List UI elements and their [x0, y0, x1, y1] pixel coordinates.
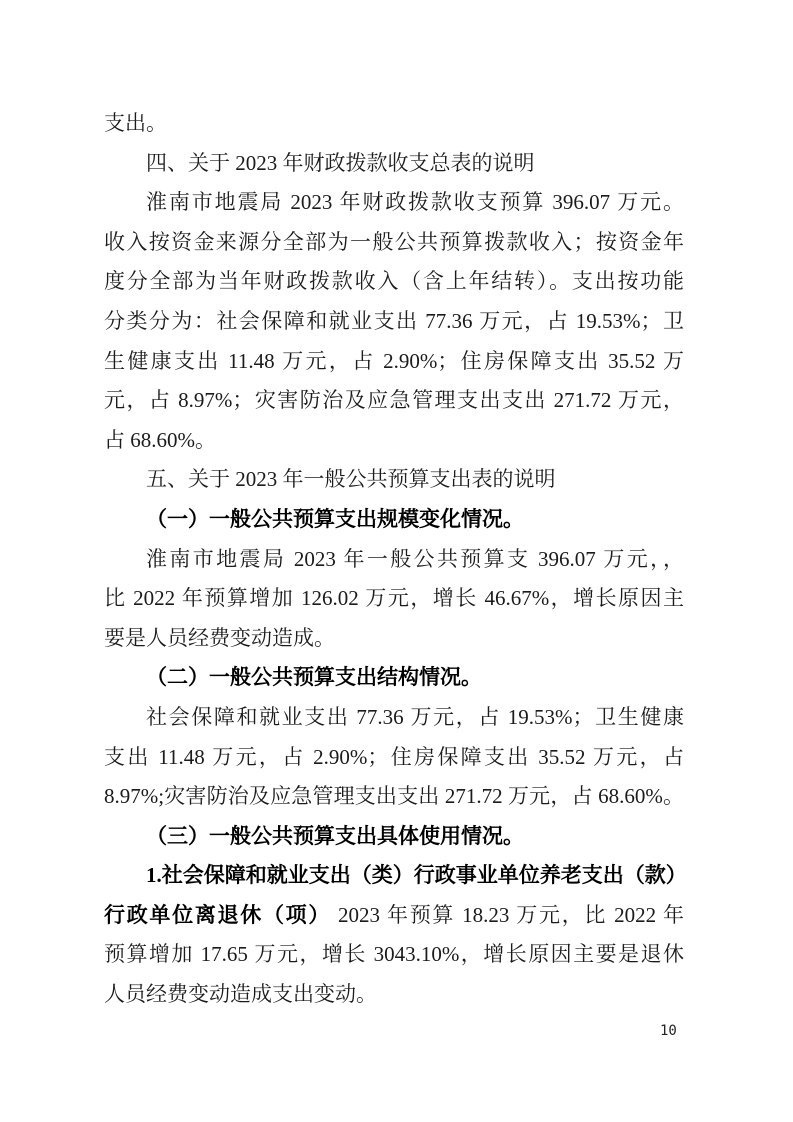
item-1-line-text: 2023 年预算 18.23 万元，比 2022 年 [338, 903, 684, 927]
body-line: 人员经费变动造成支出变动。 [104, 975, 684, 1015]
body-line: 度分全部为当年财政拨款收入（含上年结转）。支出按功能 [104, 262, 684, 302]
body-line: 比 2022 年预算增加 126.02 万元，增长 46.67%，增长原因主 [104, 579, 684, 619]
body-line: 预算增加 17.65 万元，增长 3043.10%，增长原因主要是退休 [104, 935, 684, 975]
page-number: 10 [660, 1022, 677, 1040]
heading-section-five: 五、关于 2023 年一般公共预算支出表的说明 [104, 460, 684, 500]
subheading-three: （三）一般公共预算支出具体使用情况。 [104, 817, 684, 857]
body-line: 占 68.60%。 [104, 421, 684, 461]
body-line: 生健康支出 11.48 万元，占 2.90%；住房保障支出 35.52 万 [104, 342, 684, 382]
body-line: 淮南市地震局 2023 年财政拨款收支预算 396.07 万元。 [104, 183, 684, 223]
item-1-heading-line: 1.社会保障和就业支出（类）行政事业单位养老支出（款） [104, 856, 684, 896]
subheading-one: （一）一般公共预算支出规模变化情况。 [104, 500, 684, 540]
body-line: 支出 11.48 万元，占 2.90%；住房保障支出 35.52 万元，占 [104, 738, 684, 778]
body-line: 要是人员经费变动造成。 [104, 619, 684, 659]
body-line: 8.97%;灾害防治及应急管理支出支出 271.72 万元，占 68.60%。 [104, 777, 684, 817]
body-line: 元，占 8.97%；灾害防治及应急管理支出支出 271.72 万元， [104, 381, 684, 421]
body-line: 社会保障和就业支出 77.36 万元，占 19.53%；卫生健康 [104, 698, 684, 738]
heading-section-four: 四、关于 2023 年财政拨款收支总表的说明 [104, 144, 684, 184]
document-text-block: 支出。 四、关于 2023 年财政拨款收支总表的说明 淮南市地震局 2023 年… [104, 104, 684, 1015]
body-line: 收入按资金来源分全部为一般公共预算拨款收入；按资金年 [104, 223, 684, 263]
body-line: 支出。 [104, 104, 684, 144]
subheading-two: （二）一般公共预算支出结构情况。 [104, 658, 684, 698]
item-1-mixed-line: 行政单位离退休（项） 2023 年预算 18.23 万元，比 2022 年 [104, 896, 684, 936]
body-line: 淮南市地震局 2023 年一般公共预算支 396.07 万元，， [104, 540, 684, 580]
body-line: 分类分为：社会保障和就业支出 77.36 万元，占 19.53%；卫 [104, 302, 684, 342]
document-page: 支出。 四、关于 2023 年财政拨款收支总表的说明 淮南市地震局 2023 年… [0, 0, 793, 1122]
item-1-bold-lead: 行政单位离退休（项） [104, 903, 331, 927]
